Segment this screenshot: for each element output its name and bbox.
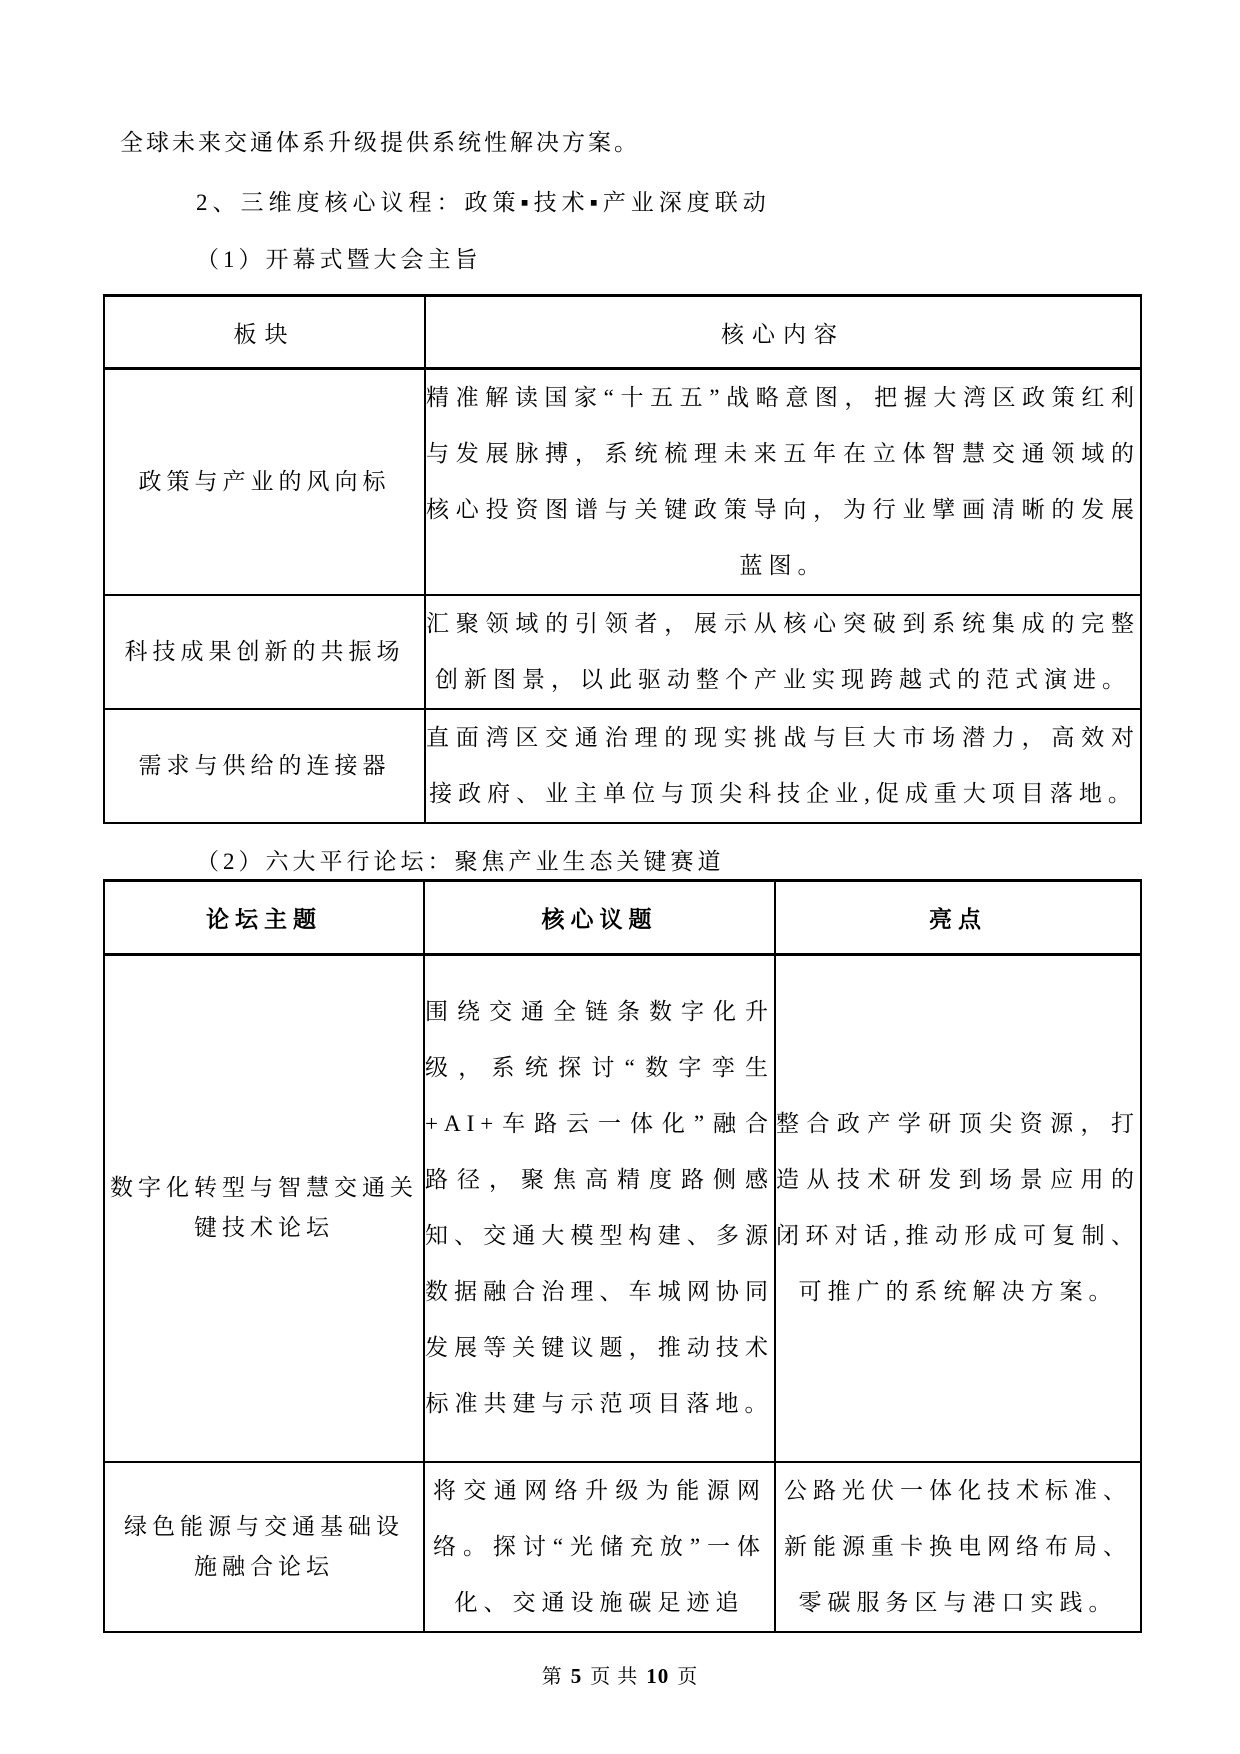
forums-header-theme: 论坛主题 <box>104 881 424 955</box>
agenda-table: 板块 核心内容 政策与产业的风向标 精准解读国家“十五五”战略意图，把握大湾区政… <box>103 294 1142 824</box>
agenda-table-header-row: 板块 核心内容 <box>104 296 1141 369</box>
section-title-opening-ceremony: （1）开幕式暨大会主旨 <box>196 243 1240 276</box>
footer-page-total: 10 <box>646 1664 669 1688</box>
page-footer: 第5页 共10页 <box>0 1660 1240 1689</box>
agenda-row2-module: 科技成果创新的共振场 <box>104 595 425 709</box>
agenda-row2-content: 汇聚领域的引领者，展示从核心突破到系统集成的完整创新图景，以此驱动整个产业实现跨… <box>425 595 1141 709</box>
forums-row1-highlight: 整合政产学研顶尖资源，打造从技术研发到场景应用的闭环对话,推动形成可复制、可推广… <box>775 955 1141 1462</box>
table-row: 科技成果创新的共振场 汇聚领域的引领者，展示从核心突破到系统集成的完整创新图景，… <box>104 595 1141 709</box>
agenda-header-content: 核心内容 <box>425 296 1141 369</box>
agenda-header-module: 板块 <box>104 296 425 369</box>
forums-row1-topic: 围绕交通全链条数字化升级，系统探讨“数字孪生+AI+车路云一体化”融合路径，聚焦… <box>424 955 775 1462</box>
forums-table-header-row: 论坛主题 核心议题 亮点 <box>104 881 1141 955</box>
forums-header-highlight: 亮点 <box>775 881 1141 955</box>
document-page: 全球未来交通体系升级提供系统性解决方案。 2、三维度核心议程：政策▪技术▪产业深… <box>0 0 1240 1754</box>
table-row: 需求与供给的连接器 直面湾区交通治理的现实挑战与巨大市场潜力，高效对接政府、业主… <box>104 709 1141 823</box>
footer-label-prefix: 第 <box>542 1666 563 1688</box>
agenda-row3-content: 直面湾区交通治理的现实挑战与巨大市场潜力，高效对接政府、业主单位与顶尖科技企业,… <box>425 709 1141 823</box>
forums-header-topic: 核心议题 <box>424 881 775 955</box>
forums-table: 论坛主题 核心议题 亮点 数字化转型与智慧交通关键技术论坛 围绕交通全链条数字化… <box>103 879 1142 1633</box>
forums-row2-highlight: 公路光伏一体化技术标准、新能源重卡换电网络布局、零碳服务区与港口实践。 <box>775 1462 1141 1632</box>
intro-paragraph: 全球未来交通体系升级提供系统性解决方案。 <box>120 0 1140 159</box>
footer-page-number: 5 <box>571 1664 583 1688</box>
section-title-parallel-forums: （2）六大平行论坛：聚焦产业生态关键赛道 <box>196 845 1240 878</box>
forums-row1-theme: 数字化转型与智慧交通关键技术论坛 <box>104 955 424 1462</box>
table-row: 政策与产业的风向标 精准解读国家“十五五”战略意图，把握大湾区政策红利与发展脉搏… <box>104 369 1141 596</box>
footer-label-middle: 页 共 <box>590 1666 638 1688</box>
table-row: 数字化转型与智慧交通关键技术论坛 围绕交通全链条数字化升级，系统探讨“数字孪生+… <box>104 955 1141 1462</box>
agenda-row1-module: 政策与产业的风向标 <box>104 369 425 596</box>
forums-row2-topic: 将交通网络升级为能源网络。探讨“光储充放”一体化、交通设施碳足迹追 <box>424 1462 775 1632</box>
agenda-row3-module: 需求与供给的连接器 <box>104 709 425 823</box>
footer-label-suffix: 页 <box>677 1666 698 1688</box>
table-row: 绿色能源与交通基础设施融合论坛 将交通网络升级为能源网络。探讨“光储充放”一体化… <box>104 1462 1141 1632</box>
agenda-row1-content: 精准解读国家“十五五”战略意图，把握大湾区政策红利与发展脉搏，系统梳理未来五年在… <box>425 369 1141 596</box>
heading-core-agenda: 2、三维度核心议程：政策▪技术▪产业深度联动 <box>196 186 1240 219</box>
forums-row2-theme: 绿色能源与交通基础设施融合论坛 <box>104 1462 424 1632</box>
